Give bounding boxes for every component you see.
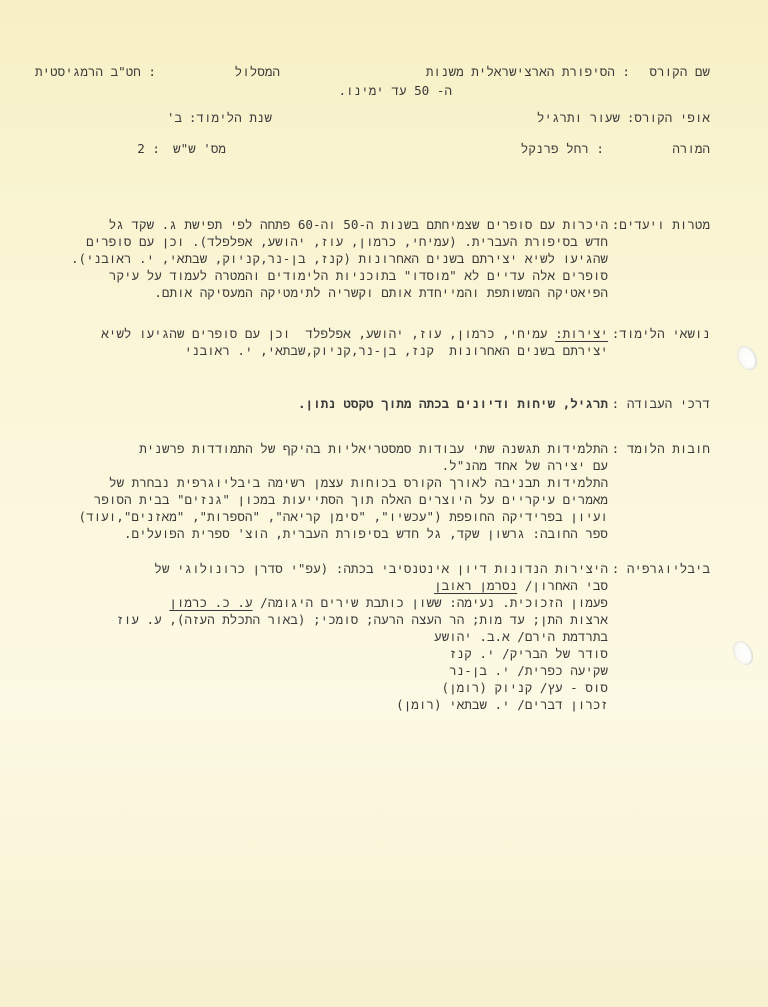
bibliography-label: ביבליוגרפיה :: [612, 560, 710, 577]
bibliography-item: סוס - עץ/ קניוק (רומן): [442, 679, 608, 696]
goals-label: מטרות ויעדים:: [612, 216, 710, 233]
bibliography-item: סודר של הבריק/ י. קנז: [449, 645, 608, 662]
bibliography-title: פעמון הזכוכית. נעימה: ששון כותבת שירים ה…: [253, 595, 608, 610]
duties-line: ספר החובה: גרשון שקד, גל חדש בסיפורת העב…: [124, 525, 608, 542]
bibliography-title: זכרון דברים/: [510, 697, 608, 712]
topics-line: יצירות: עמיחי, כרמון, עוז, יהושע, אפלפלד…: [101, 325, 608, 342]
study-year-label: שנת הלימוד:: [189, 109, 272, 126]
typewritten-syllabus-page: שם הקורס : הסיפורת הארצישראלית משנות ה- …: [0, 0, 768, 1007]
goals-line: הפיאטיקה המשותפת והמייחדת אותם וקשריה לת…: [154, 284, 608, 301]
bibliography-title: סודר של הבריק/: [495, 646, 608, 661]
punch-hole: [729, 637, 758, 669]
bibliography-intro: היצירות הנדונות דיון אינטנסיבי בכתה: (עפ…: [154, 560, 608, 577]
duties-line: התלמידות תבניבה לאורך הקורס בכוחות עצמן …: [109, 474, 608, 491]
goals-line: סופרים אלה עדיים לא "מוסדו" בתוכניות הלי…: [109, 267, 608, 284]
study-year-value: ב': [167, 109, 182, 126]
course-type-label: אופי הקורס:: [627, 109, 710, 126]
bibliography-item: שקיעה כפרית/ י. בן-נר: [449, 662, 608, 679]
goals-line: שהגיעו לשיא יצירתם בשנים האחרונות (קנז, …: [71, 250, 608, 267]
topics-line-2: יצירתם בשנים האחרונות קנז, בן-נר,קניוק,ש…: [184, 342, 608, 359]
instructor-label: המורה: [672, 140, 710, 157]
bibliography-title: ארצות התן; עד מות; הר העצה הרעה; סומכי; …: [162, 612, 608, 627]
bibliography-author: קניוק (רומן): [442, 680, 533, 695]
bibliography-title: שקיעה כפרית/: [510, 663, 608, 678]
course-name-value: : הסיפורת הארצישראלית משנות: [426, 63, 630, 80]
duties-line: מאמרים עיקריים על היוצרים האלה תוך הסתיי…: [94, 491, 608, 508]
course-name-value-line2: ה- 50 עד ימינו.: [338, 82, 452, 99]
goals-line: היכרות עם סופרים שצמיחתם בשנות ה-50 וה-6…: [109, 216, 608, 233]
bibliography-item: ארצות התן; עד מות; הר העצה הרעה; סומכי; …: [116, 611, 608, 628]
works-heading: יצירות:: [555, 326, 608, 341]
bibliography-author: ע. עוז: [116, 612, 161, 627]
bibliography-author: א.ב. יהושע: [434, 629, 510, 644]
bibliography-item: זכרון דברים/ י. שבתאי (רומן): [396, 696, 608, 713]
duties-line: עם יצירה של אחד מהנ"ל.: [442, 457, 608, 474]
course-name-label: שם הקורס: [650, 63, 711, 80]
bibliography-author: נסרמן ראובן: [434, 578, 517, 593]
bibliography-title: בתרדמת הירם/: [510, 629, 608, 644]
bibliography-author: י. שבתאי (רומן): [396, 697, 510, 712]
hours-value: : 2: [137, 140, 160, 157]
course-type-value: שעור ותרגיל: [537, 109, 620, 126]
bibliography-author: י. בן-נר: [449, 663, 510, 678]
track-value: : חט"ב הרמגיסטית: [35, 63, 156, 80]
topics-line-rest: עמיחי, כרמון, עוז, יהושע, אפלפלד וכן עם …: [101, 326, 555, 341]
track-label: המסלול: [235, 63, 280, 80]
instructor-value: : רחל פרנקל: [521, 140, 604, 157]
duties-line: ועיון בפרידיקה החופפת ("עכשיו", "סימן קר…: [78, 508, 608, 525]
duties-label: חובות הלומד :: [612, 440, 710, 457]
methods-label: דרכי העבודה :: [612, 395, 710, 412]
bibliography-item: סבי האחרון/ נסרמן ראובן: [434, 577, 608, 594]
methods-text: תרגיל, שיחות ודיונים בכתה מתוך טקסט נתון…: [298, 395, 608, 412]
bibliography-item: בתרדמת הירם/ א.ב. יהושע: [434, 628, 608, 645]
bibliography-item: פעמון הזכוכית. נעימה: ששון כותבת שירים ה…: [169, 594, 608, 611]
bibliography-author: י. קנז: [449, 646, 494, 661]
bibliography-title: סבי האחרון/: [517, 578, 608, 593]
bibliography-title: סוס - עץ/: [532, 680, 608, 695]
goals-line: חדש בסיפורת העברית. (עמיחי, כרמון, עוז, …: [86, 233, 608, 250]
punch-hole: [733, 342, 762, 374]
duties-line: התלמידות תגשנה שתי עבודות סמסטריאליות בה…: [139, 440, 608, 457]
hours-label: מס' ש"ש: [173, 140, 226, 157]
topics-label: נושאי הלימוד:: [612, 325, 710, 342]
bibliography-author: ע. כ. כרמון: [169, 595, 252, 610]
